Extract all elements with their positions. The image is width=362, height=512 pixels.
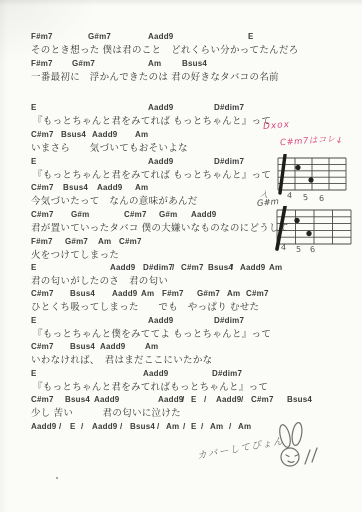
diagram2-fret-label: 4 xyxy=(281,243,287,252)
lyric-line: 『もっとちゃんと君をみてれば もっとちゃんと』って xyxy=(33,167,271,181)
chord: C#m7 xyxy=(119,237,142,246)
lyric-line: 君の匂いがしたのさ 君の匂い xyxy=(31,273,168,287)
chord: Aadd9 xyxy=(92,130,117,139)
chord: D#dim7 xyxy=(214,157,244,166)
lyric-line: いわなければ、 君はまだここにいたかな xyxy=(31,352,212,366)
chord: Bsus4 xyxy=(63,183,88,192)
lyric-line: 君が置いていったタバコ 僕の大嫌いなものなのにどうして xyxy=(31,220,289,234)
diagram1-fret-label: 6 xyxy=(319,194,324,203)
chord: / xyxy=(241,395,243,404)
chord: D#dim7 xyxy=(143,263,173,272)
chord: / xyxy=(81,422,83,431)
chord: E xyxy=(31,316,37,325)
chord: Aadd9 xyxy=(148,316,173,325)
chord: / xyxy=(231,263,233,272)
chord: G#m xyxy=(159,210,177,219)
chord: E xyxy=(31,103,37,112)
chord: F#m7 xyxy=(31,59,53,68)
chord: / xyxy=(229,422,231,431)
chord: Aadd9 xyxy=(148,103,173,112)
chord: Am xyxy=(135,183,148,192)
chord-sheet-page: F#m7G#m7Aadd9Eそのとき想った 僕は君のこと どれくらい分かってたん… xyxy=(0,0,362,512)
chord: E xyxy=(70,422,76,431)
chord: Aadd9 xyxy=(148,157,173,166)
diagram2-fret-label: 5 xyxy=(296,245,301,254)
chord: Bsus4 xyxy=(182,59,207,68)
chord: Am xyxy=(166,422,179,431)
chord: Aadd9 xyxy=(143,369,168,378)
chord: Am xyxy=(145,342,158,351)
diagram1-fret-label: 4 xyxy=(287,191,293,200)
chord: / xyxy=(172,263,174,272)
finger-dot xyxy=(306,231,311,236)
chord-line: F#m7G#m7AmBsus4 xyxy=(0,59,362,69)
chord: Am xyxy=(227,289,240,298)
chord: C#m7 xyxy=(31,210,54,219)
chord: C#m7 xyxy=(181,263,204,272)
ink-speck xyxy=(56,477,58,479)
chord: Aadd9 xyxy=(97,183,122,192)
chord-line: C#m7Bsus4Aadd9Aadd9/E/Aadd9/C#m7Bsus4 xyxy=(0,395,362,405)
chord: C#m7 xyxy=(31,183,54,192)
lyric-line: 少し 苦い 君の匂いに泣けた xyxy=(31,405,181,419)
finger-dot xyxy=(308,177,313,182)
chord: Am xyxy=(148,59,161,68)
chord-line: F#m7G#m7Aadd9E xyxy=(0,32,362,42)
chord: / xyxy=(182,395,184,404)
chord: F#m7 xyxy=(31,32,53,41)
arrow-down-icon: ↓ xyxy=(334,135,344,147)
chord: Aadd9 xyxy=(158,395,183,404)
finger-dot xyxy=(295,165,300,170)
chord: G#m7 xyxy=(65,237,88,246)
chord: E xyxy=(248,32,254,41)
chord: Am xyxy=(238,422,251,431)
chord: G#m xyxy=(71,210,89,219)
chord: / xyxy=(59,422,61,431)
chord: Am xyxy=(210,422,223,431)
chord: Aadd9 xyxy=(112,289,137,298)
chord: E xyxy=(31,369,37,378)
lyric-line: いまさら 気づいてもおそいよな xyxy=(31,140,188,154)
chord: Bsus4 xyxy=(70,342,95,351)
chord: Aadd9 xyxy=(94,395,119,404)
chord: Am xyxy=(98,237,111,246)
chord: G#m7 xyxy=(197,289,220,298)
chord: C#m7 xyxy=(246,289,269,298)
chord: / xyxy=(120,422,122,431)
chord: Bsus4 xyxy=(130,422,155,431)
chord-line: C#m7Bsus4Aadd9Am xyxy=(0,342,362,352)
chord: C#m7 xyxy=(31,395,54,404)
chord: C#m7 xyxy=(31,342,54,351)
chord: G#m7 xyxy=(72,59,95,68)
barre-stroke xyxy=(280,155,285,193)
chord: C#m7 xyxy=(124,210,147,219)
chord: F#m7 xyxy=(162,289,184,298)
chord-line: C#m7Bsus4Aadd9AmF#m7G#m7AmC#m7 xyxy=(0,289,362,299)
diagram1-fret-label: 5 xyxy=(303,193,309,202)
chord: / xyxy=(157,422,159,431)
chord: C#m7 xyxy=(31,289,54,298)
chord: Bsus4 xyxy=(70,289,95,298)
lyric-line: そのとき想った 僕は君のこと どれくらい分かってたんだろ xyxy=(31,42,299,56)
chord-line: EAadd9D#dim7 xyxy=(0,369,362,379)
diagram2-fret-label: 6 xyxy=(309,245,315,255)
chord: Aadd9 xyxy=(92,422,117,431)
bunny-doodle-icon xyxy=(267,422,331,478)
chord-diagram-csharp-m7 xyxy=(275,154,349,196)
chord: Am xyxy=(269,263,282,272)
chord: Aadd9 xyxy=(31,422,56,431)
chord: Am xyxy=(141,289,154,298)
finger-dot xyxy=(294,218,299,223)
lyric-line: 火をつけてしまった xyxy=(31,247,119,261)
chord: Bsus4 xyxy=(65,395,90,404)
lyric-line: 一番最初に 浮かんできたのは 君の好きなタバコの名前 xyxy=(31,69,279,83)
chord: Aadd9 xyxy=(100,342,125,351)
chord: D#dim7 xyxy=(214,103,244,112)
lyric-line: 『もっとちゃんと僕をみててよ もっとちゃんと』って xyxy=(33,326,271,340)
chord: Bsus4 xyxy=(61,130,86,139)
chord: E xyxy=(191,422,197,431)
chord: / xyxy=(204,395,206,404)
chord: E xyxy=(191,395,197,404)
lyric-line: 『もっとちゃんと君をみてればもっとちゃんと』って xyxy=(33,379,268,393)
chord: G#m7 xyxy=(88,32,111,41)
chord-line: EAadd9D#dim7/C#m7Bsus4/Aadd9Am xyxy=(0,263,362,273)
chord: Aadd9 xyxy=(191,210,216,219)
chord: Aadd9 xyxy=(240,263,265,272)
chord: F#m7 xyxy=(31,237,53,246)
chord: Bsus4 xyxy=(208,263,233,272)
chord-line: EAadd9D#dim7 xyxy=(0,103,362,113)
chord: Aadd9 xyxy=(216,395,241,404)
chord: Am xyxy=(135,130,148,139)
lyric-line: 今気づいたって なんの意味があんだ xyxy=(31,193,198,207)
chord-line: EAadd9D#dim7 xyxy=(0,316,362,326)
chord: D#dim7 xyxy=(212,369,242,378)
lyric-line: ひとくち吸ってしまった でも やっぱり むせた xyxy=(31,299,259,313)
chord: E xyxy=(31,157,37,166)
lyric-line: 『もっとちゃんと君をみてれば もっとちゃんと』って xyxy=(33,113,271,127)
chord: Bsus4 xyxy=(287,395,312,404)
chord: Aadd9 xyxy=(110,263,135,272)
chord: / xyxy=(183,422,185,431)
chord: / xyxy=(201,422,203,431)
chord: C#m7 xyxy=(31,130,54,139)
chord: E xyxy=(31,263,37,272)
chord: C#m7 xyxy=(251,395,274,404)
chord: D#dim7 xyxy=(214,316,244,325)
chord: Aadd9 xyxy=(148,32,173,41)
annotation-chord-note-text: C#m7はコレ xyxy=(280,134,336,148)
